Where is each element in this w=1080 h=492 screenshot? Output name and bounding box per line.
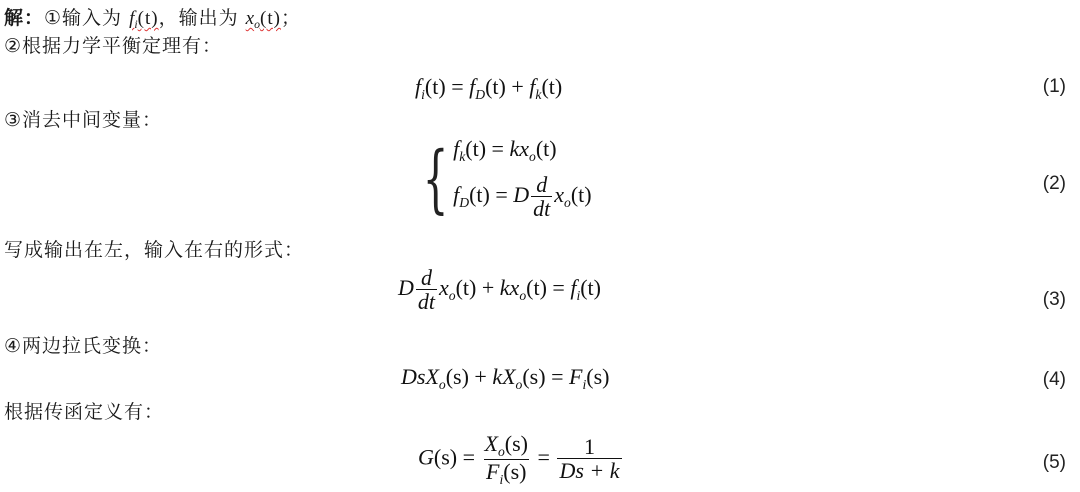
equation-4: DsXo(s) + kXo(s) = Fi(s)	[401, 364, 609, 393]
equation-3: Dddtxo(t) + kxo(t) = fi(t)	[398, 266, 601, 314]
equation-5: G(s) = Xo(s)Fi(s) = 1Ds + k	[418, 432, 624, 487]
step-1-text-b: ，输出为	[159, 7, 239, 29]
result-fraction: 1Ds + k	[557, 435, 621, 483]
step-1-end: ；	[281, 7, 301, 29]
left-brace-icon: {	[423, 142, 449, 216]
transfer-function-text: 根据传函定义有：	[4, 400, 164, 424]
derivative-fraction: ddt	[416, 266, 437, 314]
equation-2-row-2: fD(t) = Dddtxo(t)	[453, 173, 592, 221]
equation-2: { fk(t) = kxo(t) fD(t) = Dddtxo(t)	[412, 136, 592, 221]
step-3-text: ③消去中间变量：	[4, 108, 162, 132]
intro-line: 解：①输入为 fi(t)，输出为 xo(t)；	[4, 6, 301, 37]
equation-number-2: (2)	[1043, 173, 1066, 195]
solution-label: 解：	[4, 7, 44, 29]
derivative-fraction: ddt	[531, 173, 552, 221]
equation-number-4: (4)	[1043, 369, 1066, 391]
step-4-text: ④两边拉氏变换：	[4, 334, 162, 358]
equation-number-3: (3)	[1043, 289, 1066, 311]
output-variable: xo(t)	[246, 7, 281, 29]
equation-number-1: (1)	[1043, 76, 1066, 98]
step-rearrange-text: 写成输出在左，输入在右的形式：	[4, 238, 304, 262]
transfer-fraction: Xo(s)Fi(s)	[483, 432, 530, 487]
input-variable: fi(t)	[129, 7, 159, 29]
equation-number-5: (5)	[1043, 452, 1066, 474]
step-1-text-a: ①输入为	[44, 7, 122, 29]
equation-2-row-1: fk(t) = kxo(t)	[453, 136, 592, 165]
equation-1: fi(t) = fD(t) + fk(t)	[415, 74, 562, 103]
step-2-text: ②根据力学平衡定理有：	[4, 34, 222, 58]
